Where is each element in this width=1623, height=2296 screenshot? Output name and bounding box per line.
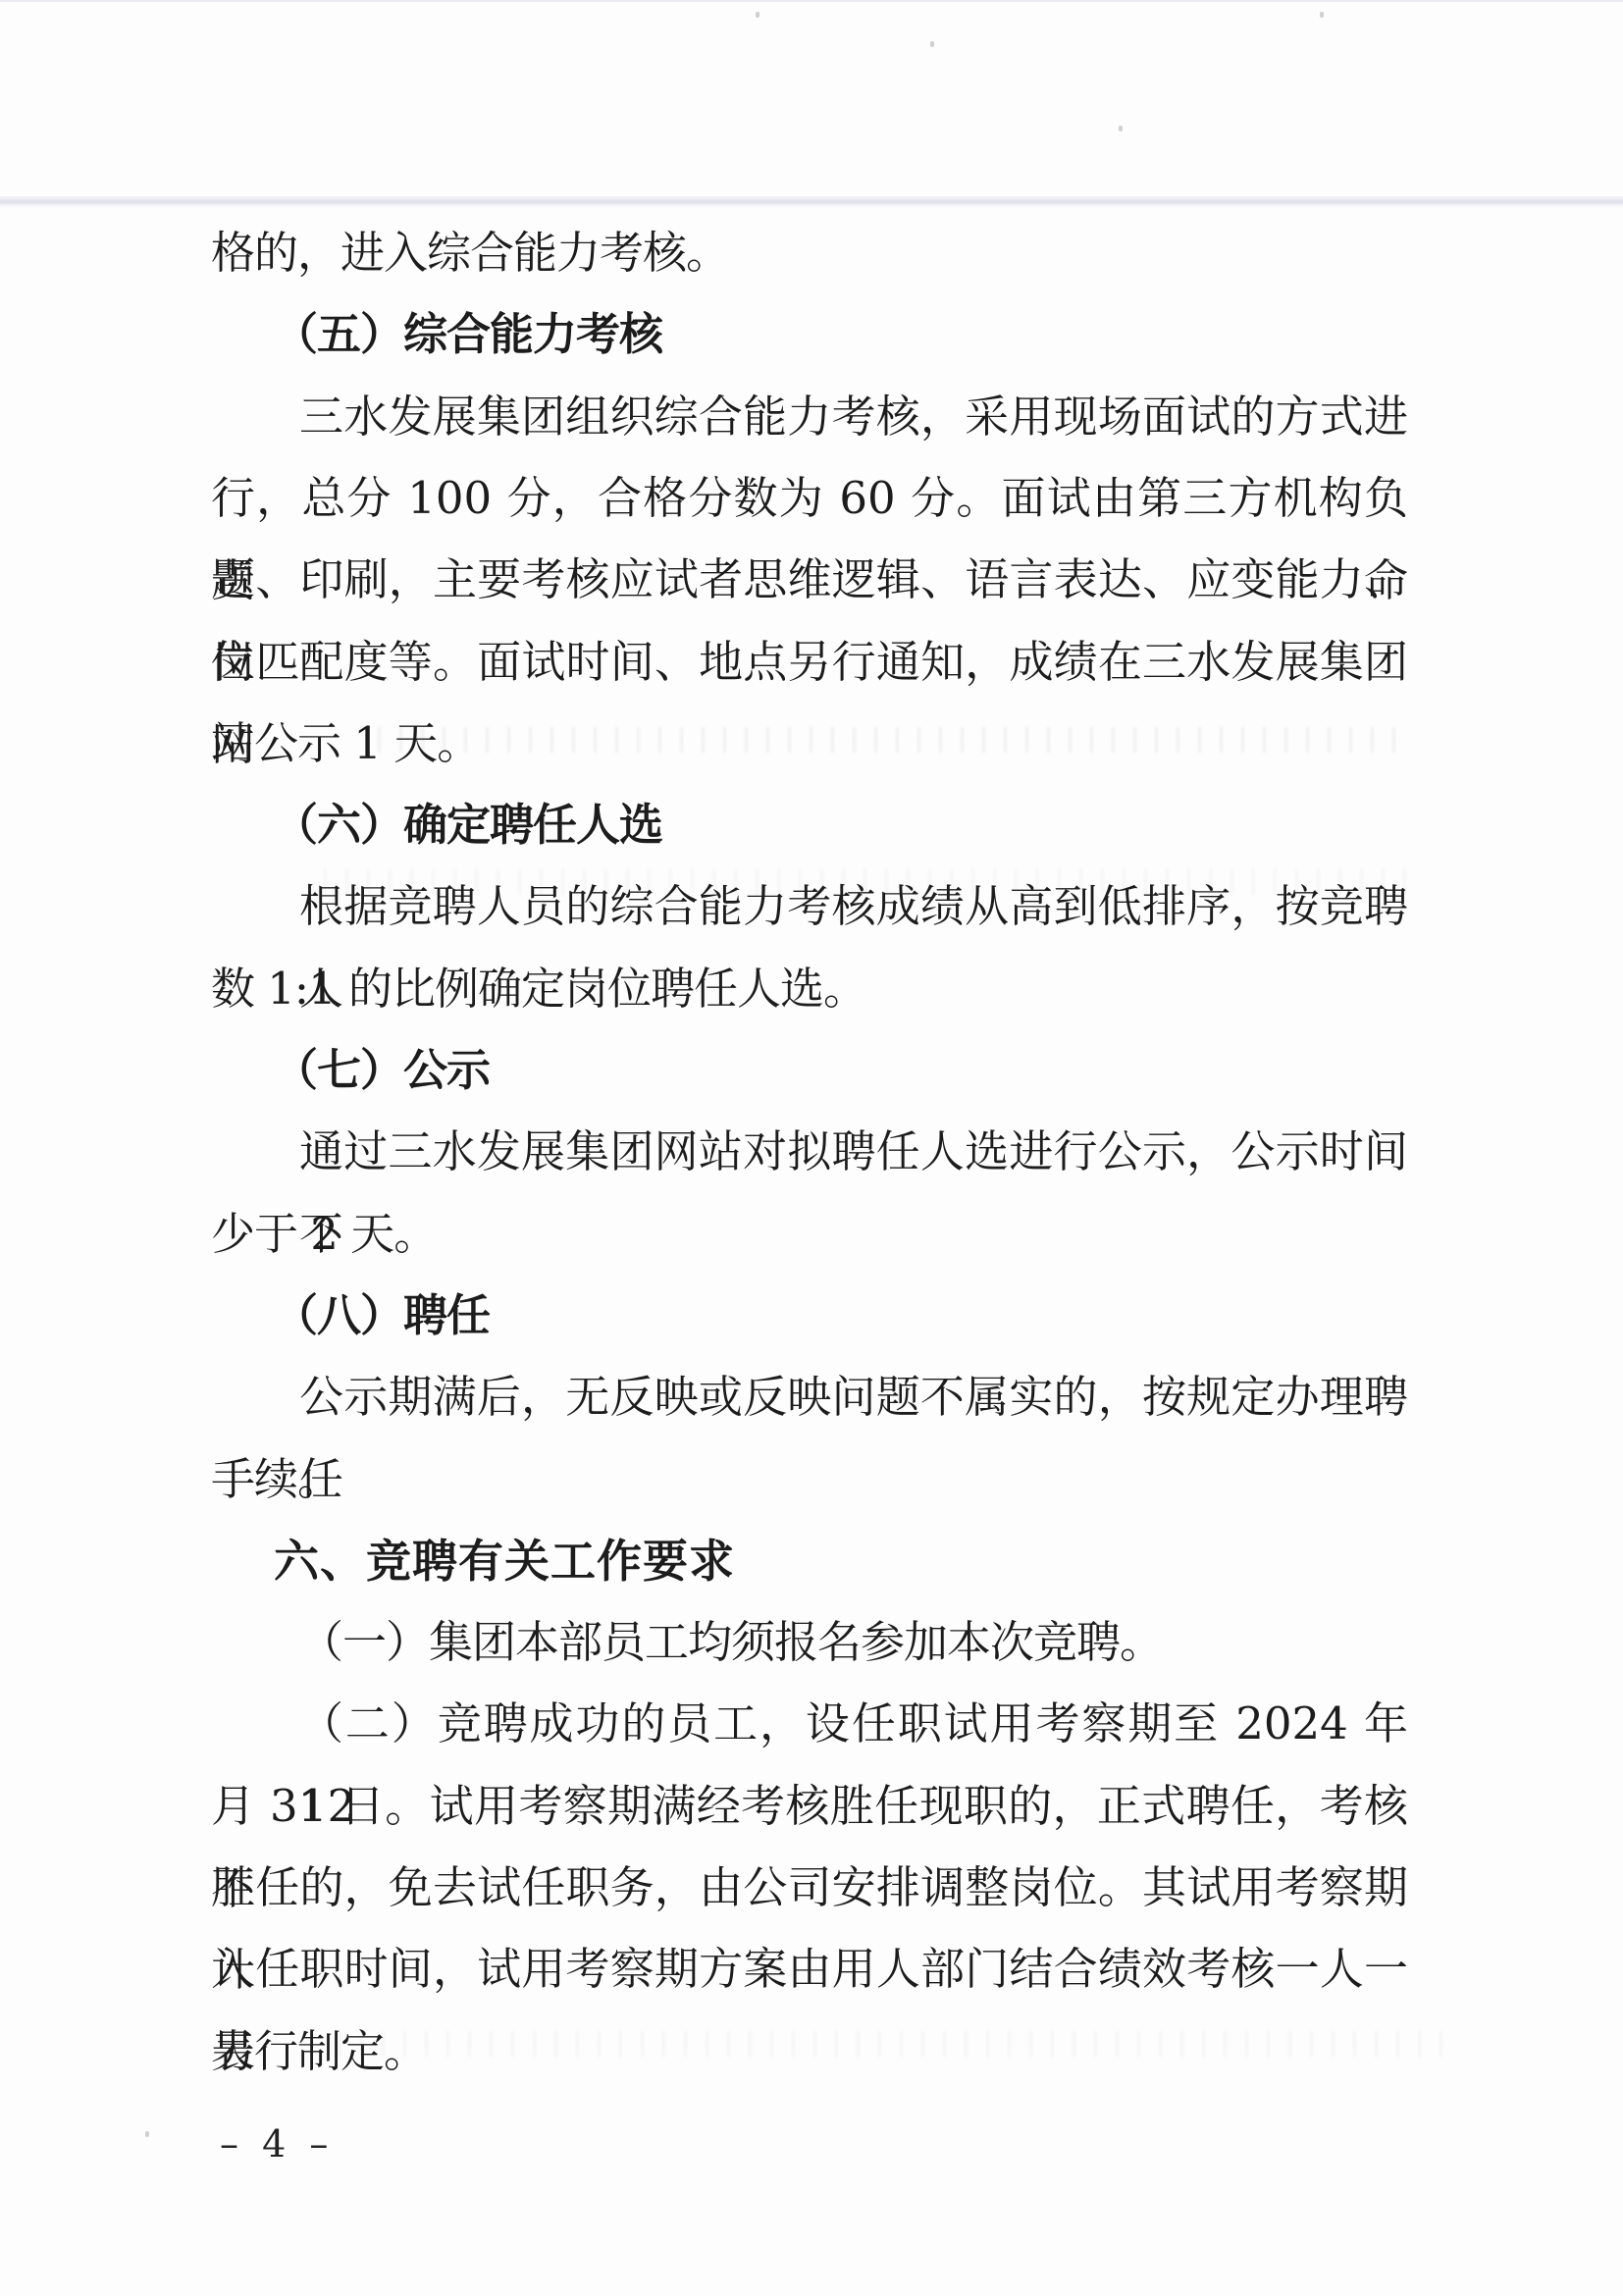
scan-top-edge: [0, 0, 1623, 2]
scan-artifact: [378, 727, 1408, 753]
text-line: （五）综合能力考核: [211, 293, 1408, 376]
document-page: 格的，进入综合能力考核。（五）综合能力考核三水发展集团组织综合能力考核，采用现场…: [0, 0, 1623, 2296]
text-line: 胜任的，免去试任职务，由公司安排调整岗位。其试用考察期计: [211, 1847, 1408, 1929]
scan-speck: [930, 41, 934, 47]
text-line: 三水发展集团组织综合能力考核，采用现场面试的方式进: [211, 376, 1408, 458]
scan-artifact: [324, 869, 1423, 895]
text-line: 入任职时间，试用考察期方案由用人部门结合绩效考核一人一表: [211, 1928, 1408, 2010]
text-line: 题、印刷，主要考核应试者思维逻辑、语言表达、应变能力、岗: [211, 539, 1408, 621]
scan-speck: [145, 2131, 149, 2137]
text-line: 行，总分 100 分，合格分数为 60 分。面试由第三方机构负责命: [211, 457, 1408, 540]
scan-speck: [1320, 12, 1324, 18]
text-line: （八）聘任: [211, 1275, 1408, 1357]
page-number: – 4 –: [220, 2122, 334, 2166]
text-line: 数 1:1 的比例确定岗位聘任人选。: [211, 948, 1408, 1030]
text-line: 少于 2 天。: [211, 1193, 1408, 1276]
text-line: 位匹配度等。面试时间、地点另行通知，成绩在三水发展集团网: [211, 621, 1408, 704]
text-line: （一）集团本部员工均须报名参加本次竞聘。: [211, 1601, 1408, 1684]
text-line: （七）公示: [211, 1029, 1408, 1112]
scan-speck: [1119, 126, 1123, 131]
text-line: 月 31 日。试用考察期满经考核胜任现职的，正式聘任，考核不: [211, 1765, 1408, 1848]
text-line: 通过三水发展集团网站对拟聘任人选进行公示，公示时间不: [211, 1111, 1408, 1193]
scan-seam: [0, 196, 1623, 209]
text-line: 手续。: [211, 1438, 1408, 1521]
text-line: （二）竞聘成功的员工，设任职试用考察期至 2024 年 12: [211, 1683, 1408, 1765]
text-line: 公示期满后，无反映或反映问题不属实的，按规定办理聘任: [211, 1356, 1408, 1438]
text-line: （六）确定聘任人选: [211, 784, 1408, 866]
scan-artifact: [339, 2031, 1447, 2057]
text-line: 格的，进入综合能力考核。: [211, 212, 1408, 294]
text-line: 六、竞聘有关工作要求: [211, 1520, 1408, 1602]
scan-speck: [756, 12, 759, 18]
